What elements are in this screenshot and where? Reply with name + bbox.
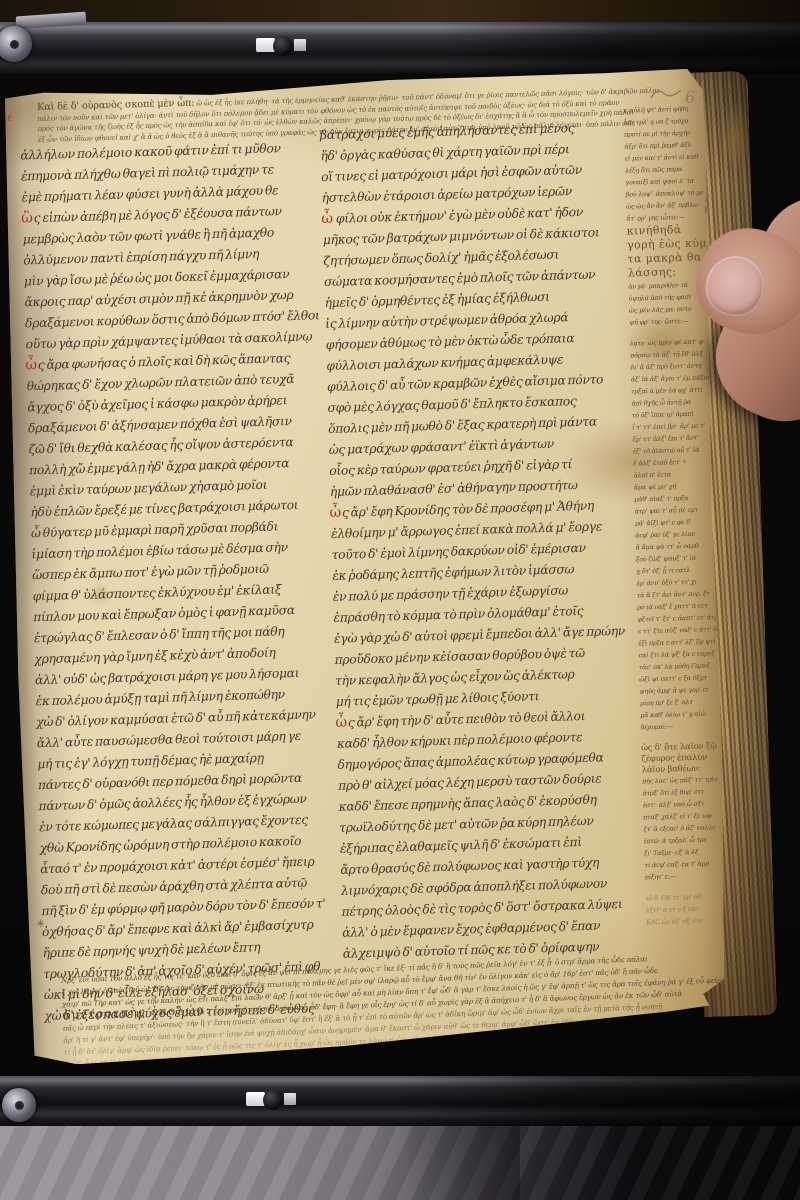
gray-cloth-background	[0, 1126, 800, 1200]
rubric-initial: ὦ	[329, 505, 342, 521]
cradle-screw-bottom-icon	[2, 1088, 36, 1122]
rubric-initial: ὣ	[21, 210, 34, 226]
margin-asterisk-icon: ✳	[36, 917, 46, 930]
rubric-initial: ὦ	[25, 357, 38, 373]
clip-knob-icon	[273, 36, 293, 56]
clip-tail	[294, 39, 306, 51]
finger	[690, 200, 800, 460]
text-column-right: βάτραχοι μύες ἐμῆς ἀπηλήσαντες ἐπὶ μένος…	[332, 117, 647, 965]
clip-knob-icon	[263, 1090, 283, 1110]
pen-flourish-icon	[649, 85, 683, 102]
rubric-initial: ὦ	[335, 715, 348, 731]
cradle-rail-top	[0, 22, 800, 74]
cradle-rail-bottom	[0, 1076, 800, 1128]
manuscript-page: ἑ Καὶ δὲ δ' οὐρανὸς σκοπὲ μὲν ὦπ: ὢ ὡς ἐ…	[0, 68, 731, 1065]
photograph-of-manuscript: ἑ Καὶ δὲ δ' οὐρανὸς σκοπὲ μὲν ὦπ: ὢ ὡς ἐ…	[0, 0, 800, 1200]
text-column-left: ἀλλήλων πολέμοιο κακοῦ φάτιν ἐπί τι μῦθο…	[32, 137, 353, 1027]
rubric-margin-letter: ἑ	[7, 114, 12, 124]
rubric-initial: ὦ	[321, 211, 334, 227]
clip-tail	[284, 1093, 296, 1105]
